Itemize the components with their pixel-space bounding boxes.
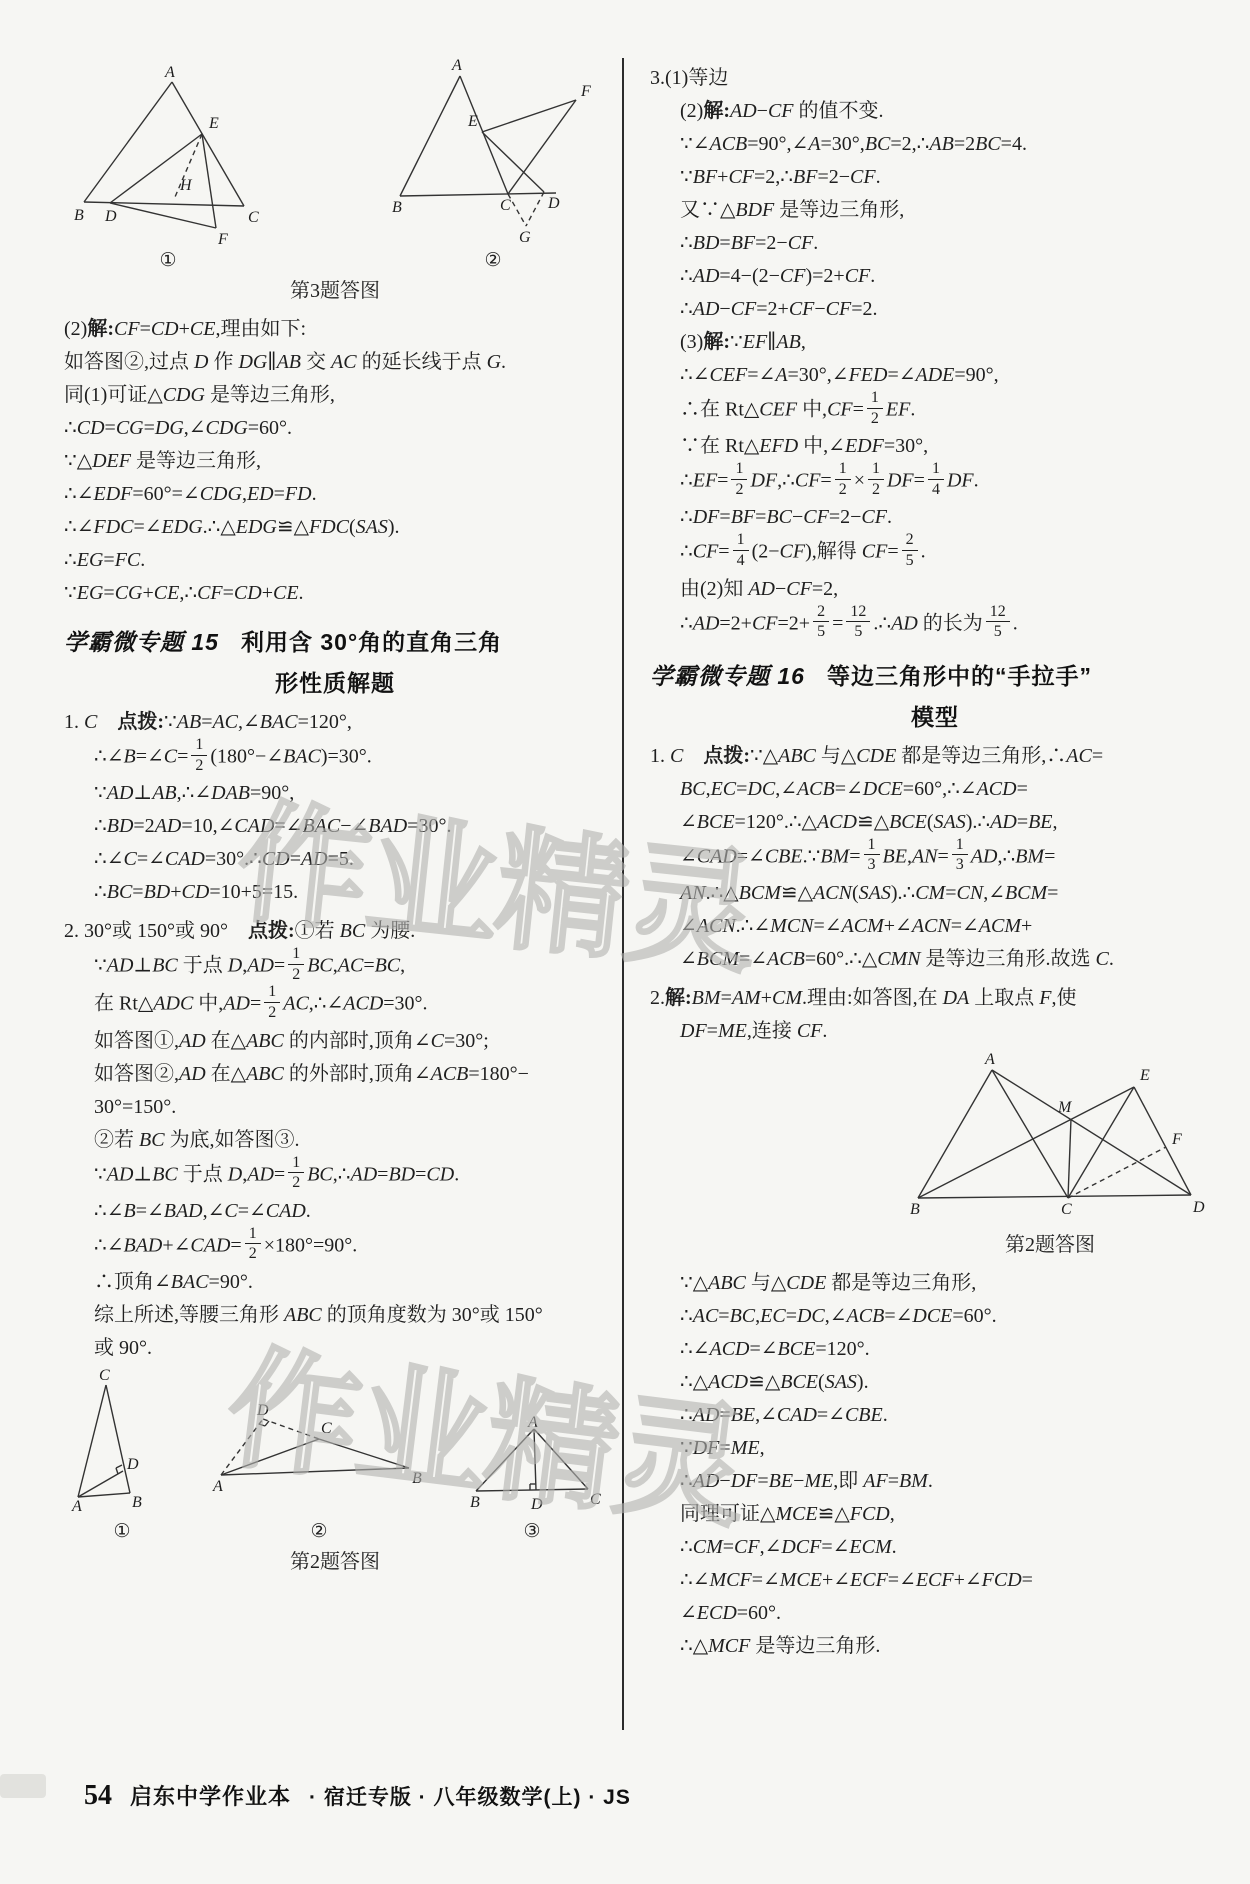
- text-line: ∠CAD=∠CBE.∵BM=13BE,AN=13AD,∴BM=: [680, 839, 1220, 877]
- topic-16-title-line2: 模型: [650, 699, 1220, 732]
- text-line: 综上所述,等腰三角形 ABC 的顶角度数为 30°或 150°: [94, 1299, 606, 1332]
- text-line: ∴AD=2+CF=2+25=125.∴AD 的长为125.: [680, 606, 1220, 644]
- page-footer: 54 启东中学作业本 · 宿迁专版 · 八年级数学(上) · JS: [84, 1780, 631, 1812]
- svg-text:A: A: [527, 1414, 538, 1431]
- text-line: ∴CD=CG=DG,∠CDG=60°.: [64, 412, 606, 445]
- svg-text:B: B: [392, 199, 402, 216]
- text-line: ∴CF=14(2−CF),解得 CF=25.: [680, 534, 1220, 572]
- svg-text:E: E: [467, 113, 478, 130]
- topic-header-16: 学霸微专题 16 等边三角形中的“手拉手” 模型: [650, 658, 1220, 732]
- svg-text:C: C: [1061, 1201, 1072, 1218]
- svg-text:D: D: [256, 1402, 269, 1419]
- text-line: ∵∠ACB=90°,∠A=30°,BC=2,∴AB=2BC=4.: [680, 128, 1220, 161]
- text-line: ∴∠ACD=∠BCE=120°.: [680, 1333, 1220, 1366]
- text-line: ∴BD=BF=2−CF.: [680, 227, 1220, 260]
- q2-answer-figure-3: ABDC③: [466, 1419, 598, 1543]
- svg-text:G: G: [519, 229, 531, 246]
- topic-header-15: 学霸微专题 15 利用含 30°角的直角三角 形性质解题: [64, 624, 606, 698]
- text-line: 2.解:BM=AM+CM.理由:如答图,在 DA 上取点 F,使: [650, 982, 1220, 1015]
- text-line: ②若 BC 为底,如答图③.: [94, 1124, 606, 1157]
- text-line: ∴DF=BF=BC−CF=2−CF.: [680, 501, 1220, 534]
- svg-text:D: D: [547, 195, 560, 212]
- svg-text:A: A: [984, 1051, 995, 1068]
- svg-text:A: A: [164, 64, 175, 81]
- svg-text:B: B: [74, 207, 84, 224]
- text-line: ∴△ACD≌△BCE(SAS).: [680, 1366, 1220, 1399]
- text-line: ∴∠FDC=∠EDG.∴△EDG≌△FDC(SAS).: [64, 511, 606, 544]
- text-line: ∴AD=4−(2−CF)=2+CF.: [680, 260, 1220, 293]
- text-line: ∴∠C=∠CAD=30°.∴CD=AD=5.: [94, 843, 606, 876]
- q3-answer-figure-row: AEBDCHF① AEFBCDG②: [64, 56, 606, 272]
- text-line: ∵BF+CF=2,∴BF=2−CF.: [680, 161, 1220, 194]
- text-line: ∴AD=BE,∠CAD=∠CBE.: [680, 1399, 1220, 1432]
- figure-tag: ③: [466, 1520, 598, 1543]
- figure-tag: ①: [72, 249, 264, 272]
- text-line: ∵AD⊥BC 于点 D,AD=12BC,∴AD=BD=CD.: [94, 1157, 606, 1195]
- topic-16-title: 等边三角形中的“手拉手”: [827, 658, 1092, 691]
- svg-text:M: M: [1057, 1099, 1073, 1116]
- footer-edition: · 宿迁专版 · 八年级数学(上) · JS: [309, 1781, 631, 1811]
- page-number: 54: [84, 1780, 112, 1812]
- text-line: 在 Rt△ADC 中,AD=12AC,∴∠ACD=30°.: [94, 986, 606, 1024]
- text-line: ∴AC=BC,EC=DC,∠ACB=∠DCE=60°.: [680, 1300, 1220, 1333]
- text-line: 1. C 点拨:∵△ABC 与△CDE 都是等边三角形,∴AC=: [650, 740, 1220, 773]
- text-line: ∴△MCF 是等边三角形.: [680, 1630, 1220, 1663]
- q2-right-figure-row: AMEFBCD: [650, 1052, 1220, 1226]
- workbook-answer-page: AEBDCHF① AEFBCDG② 第3题答图 (2)解:CF=CD+CE,理由…: [0, 0, 1250, 1884]
- q2-figure-caption: 第2题答图: [64, 1545, 606, 1574]
- q2-answer-figure-row: CABD① DACB② ABDC③: [64, 1369, 606, 1543]
- text-line: DF=ME,连接 CF.: [680, 1015, 1220, 1048]
- text-line: BC,EC=DC,∠ACB=∠DCE=60°,∴∠ACD=: [680, 773, 1220, 806]
- text-line: ∴AD−DF=BE−ME,即 AF=BM.: [680, 1465, 1220, 1498]
- svg-text:B: B: [412, 1470, 422, 1487]
- text-line: ∴∠CEF=∠A=30°,∠FED=∠ADE=90°,: [680, 359, 1220, 392]
- text-line: ∴∠BAD+∠CAD=12×180°=90°.: [94, 1228, 606, 1266]
- item-3-solution: 3.(1)等边(2)解:AD−CF 的值不变.∵∠ACB=90°,∠A=30°,…: [650, 62, 1220, 644]
- topic-15-badge: 学霸微专题 15: [64, 624, 219, 657]
- svg-text:C: C: [500, 197, 511, 214]
- svg-text:D: D: [1192, 1199, 1205, 1216]
- svg-text:C: C: [248, 209, 259, 226]
- svg-text:C: C: [590, 1491, 601, 1508]
- svg-text:B: B: [910, 1201, 920, 1218]
- q2-answer-figure-2: DACB②: [213, 1405, 425, 1543]
- text-line: 或 90°.: [94, 1332, 606, 1365]
- svg-text:A: A: [451, 57, 462, 74]
- svg-text:B: B: [470, 1494, 480, 1511]
- figure-tag: ①: [72, 1520, 172, 1543]
- text-line: ∴∠B=∠BAD,∠C=∠CAD.: [94, 1195, 606, 1228]
- topic-15-title-line2: 形性质解题: [64, 665, 606, 698]
- text-line: 如答图②,过点 D 作 DG∥AB 交 AC 的延长线于点 G.: [64, 346, 606, 379]
- svg-text:H: H: [179, 177, 193, 194]
- q3-answer-figure-1: AEBDCHF①: [72, 64, 264, 272]
- svg-text:D: D: [126, 1456, 139, 1473]
- svg-text:E: E: [1139, 1067, 1150, 1084]
- right-column: 3.(1)等边(2)解:AD−CF 的值不变.∵∠ACB=90°,∠A=30°,…: [650, 56, 1220, 1667]
- text-line: 1. C 点拨:∵AB=AC,∠BAC=120°,: [64, 706, 606, 739]
- topic16-item-1: 1. C 点拨:∵△ABC 与△CDE 都是等边三角形,∴AC=BC,EC=DC…: [650, 740, 1220, 976]
- text-line: ∴∠EDF=60°=∠CDG,ED=FD.: [64, 478, 606, 511]
- text-line: ∵EG=CG+CE,∴CF=CD+CE.: [64, 577, 606, 610]
- q3-answer-figure-2: AEFBCDG②: [388, 56, 598, 272]
- q2-right-figure-caption: 第2题答图: [900, 1228, 1200, 1257]
- text-line: ∴BD=2AD=10,∠CAD=∠BAC−∠BAD=30°.: [94, 810, 606, 843]
- text-line: 如答图①,AD 在△ABC 的内部时,顶角∠C=30°;: [94, 1025, 606, 1058]
- text-line: 又∵△BDF 是等边三角形,: [680, 194, 1220, 227]
- text-line: ∴在 Rt△CEF 中,CF=12EF.: [680, 392, 1220, 430]
- q2-answer-figure-1: CABD①: [72, 1369, 172, 1543]
- figure-tag: ②: [213, 1520, 425, 1543]
- text-line: ∠BCM=∠ACB=60°.∴△CMN 是等边三角形.故选 C.: [680, 943, 1220, 976]
- text-line: ∵△DEF 是等边三角形,: [64, 445, 606, 478]
- svg-text:E: E: [208, 115, 219, 132]
- text-line: ∵DF=ME,: [680, 1432, 1220, 1465]
- text-line: ∵AD⊥BC 于点 D,AD=12BC,AC=BC,: [94, 948, 606, 986]
- svg-text:D: D: [530, 1496, 543, 1513]
- text-line: 由(2)知 AD−CF=2,: [680, 573, 1220, 606]
- text-line: ∴EF=12DF,∴CF=12×12DF=14DF.: [680, 463, 1220, 501]
- left-column: AEBDCHF① AEFBCDG② 第3题答图 (2)解:CF=CD+CE,理由…: [64, 56, 606, 1584]
- text-line: ∠ACN.∴∠MCN=∠ACM+∠ACN=∠ACM+: [680, 910, 1220, 943]
- text-line: 同理可证△MCE≌△FCD,: [680, 1498, 1220, 1531]
- topic16-item-2-lead: 2.解:BM=AM+CM.理由:如答图,在 DA 上取点 F,使DF=ME,连接…: [650, 982, 1220, 1048]
- text-line: (2)解:CF=CD+CE,理由如下:: [64, 313, 606, 346]
- topic15-item-1: 1. C 点拨:∵AB=AC,∠BAC=120°,∴∠B=∠C=12(180°−…: [64, 706, 606, 909]
- text-line: ∴BC=BD+CD=10+5=15.: [94, 876, 606, 909]
- svg-text:F: F: [1171, 1131, 1182, 1148]
- text-line: AN.∴△BCM≌△ACN(SAS).∴CM=CN,∠BCM=: [680, 877, 1220, 910]
- svg-text:B: B: [132, 1494, 142, 1511]
- topic-15-title: 利用含 30°角的直角三角: [241, 624, 502, 657]
- text-line: ∴EG=FC.: [64, 544, 606, 577]
- q2-right-answer-figure: AMEFBCD: [900, 1052, 1200, 1226]
- text-line: 2. 30°或 150°或 90° 点拨:①若 BC 为腰.: [64, 915, 606, 948]
- q3-figure-caption: 第3题答图: [64, 274, 606, 303]
- text-line: ∴CM=CF,∠DCF=∠ECM.: [680, 1531, 1220, 1564]
- text-line: ∠BCE=120°.∴△ACD≌△BCE(SAS).∴AD=BE,: [680, 806, 1220, 839]
- text-line: ∴顶角∠BAC=90°.: [94, 1266, 606, 1299]
- topic16-item-2-body: ∵△ABC 与△CDE 都是等边三角形,∴AC=BC,EC=DC,∠ACB=∠D…: [650, 1267, 1220, 1663]
- footer-book-title: 启东中学作业本: [130, 1780, 291, 1811]
- text-line: 如答图②,AD 在△ABC 的外部时,顶角∠ACB=180°−: [94, 1058, 606, 1091]
- svg-text:C: C: [99, 1367, 110, 1384]
- text-line: 同(1)可证△CDG 是等边三角形,: [64, 379, 606, 412]
- svg-text:F: F: [580, 83, 591, 100]
- solution-block-q3: (2)解:CF=CD+CE,理由如下:如答图②,过点 D 作 DG∥AB 交 A…: [64, 313, 606, 610]
- text-line: ∠ECD=60°.: [680, 1597, 1220, 1630]
- svg-text:D: D: [104, 208, 117, 225]
- text-line: ∴∠MCF=∠MCE+∠ECF=∠ECF+∠FCD=: [680, 1564, 1220, 1597]
- text-line: ∵△ABC 与△CDE 都是等边三角形,: [680, 1267, 1220, 1300]
- text-line: ∵AD⊥AB,∴∠DAB=90°,: [94, 777, 606, 810]
- text-line: 3.(1)等边: [650, 62, 1220, 95]
- svg-text:A: A: [71, 1498, 82, 1515]
- text-line: 30°=150°.: [94, 1091, 606, 1124]
- scan-smudge: [0, 1774, 46, 1798]
- topic-16-badge: 学霸微专题 16: [650, 658, 805, 691]
- topic15-item-2: 2. 30°或 150°或 90° 点拨:①若 BC 为腰.∵AD⊥BC 于点 …: [64, 915, 606, 1365]
- column-divider: [622, 58, 624, 1730]
- svg-text:C: C: [321, 1420, 332, 1437]
- svg-text:A: A: [212, 1478, 223, 1495]
- text-line: ∴AD−CF=2+CF−CF=2.: [680, 293, 1220, 326]
- text-line: ∴∠B=∠C=12(180°−∠BAC)=30°.: [94, 739, 606, 777]
- svg-text:F: F: [217, 231, 228, 248]
- text-line: (2)解:AD−CF 的值不变.: [680, 95, 1220, 128]
- text-line: ∵在 Rt△EFD 中,∠EDF=30°,: [680, 430, 1220, 463]
- text-line: (3)解:∵EF∥AB,: [680, 326, 1220, 359]
- figure-tag: ②: [388, 249, 598, 272]
